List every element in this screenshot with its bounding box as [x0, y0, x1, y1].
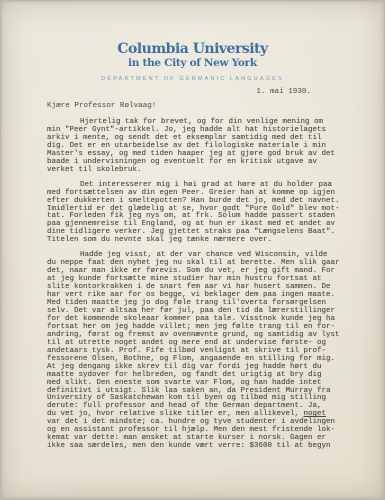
letterhead-department: DEPARTMENT OF GERMANIC LANGUAGES [1, 76, 384, 82]
scan-background: Columbia University in the City of New Y… [0, 0, 385, 500]
letter-content: Kjære Professor Rølvaag! Hjertelig tak f… [47, 102, 350, 458]
salutation: Kjære Professor Rølvaag! [47, 102, 350, 110]
letter-line: ikke saa særdeles, men den kunde vært ve… [47, 443, 350, 451]
paragraph: Hjertelig tak for brevet, og for din ven… [47, 119, 350, 175]
letterhead-city: in the City of New York [1, 57, 384, 69]
letterhead: Columbia University in the City of New Y… [1, 42, 384, 82]
paragraph: Det interesserer mig i høi grad at høre … [47, 182, 350, 246]
letter-line: verket til skolebruk. [47, 167, 350, 175]
letter-line: Titelen som du nevnte skal jeg tænke nær… [47, 237, 350, 245]
letter-body: Hjertelig tak for brevet, og for din ven… [47, 119, 350, 451]
letter-page: Columbia University in the City of New Y… [1, 1, 384, 499]
letter-date: 1. mai 1930. [256, 88, 311, 96]
paragraph: Hadde jeg visst, at der var chance ved W… [47, 252, 350, 451]
letterhead-institution: Columbia University [1, 42, 384, 57]
